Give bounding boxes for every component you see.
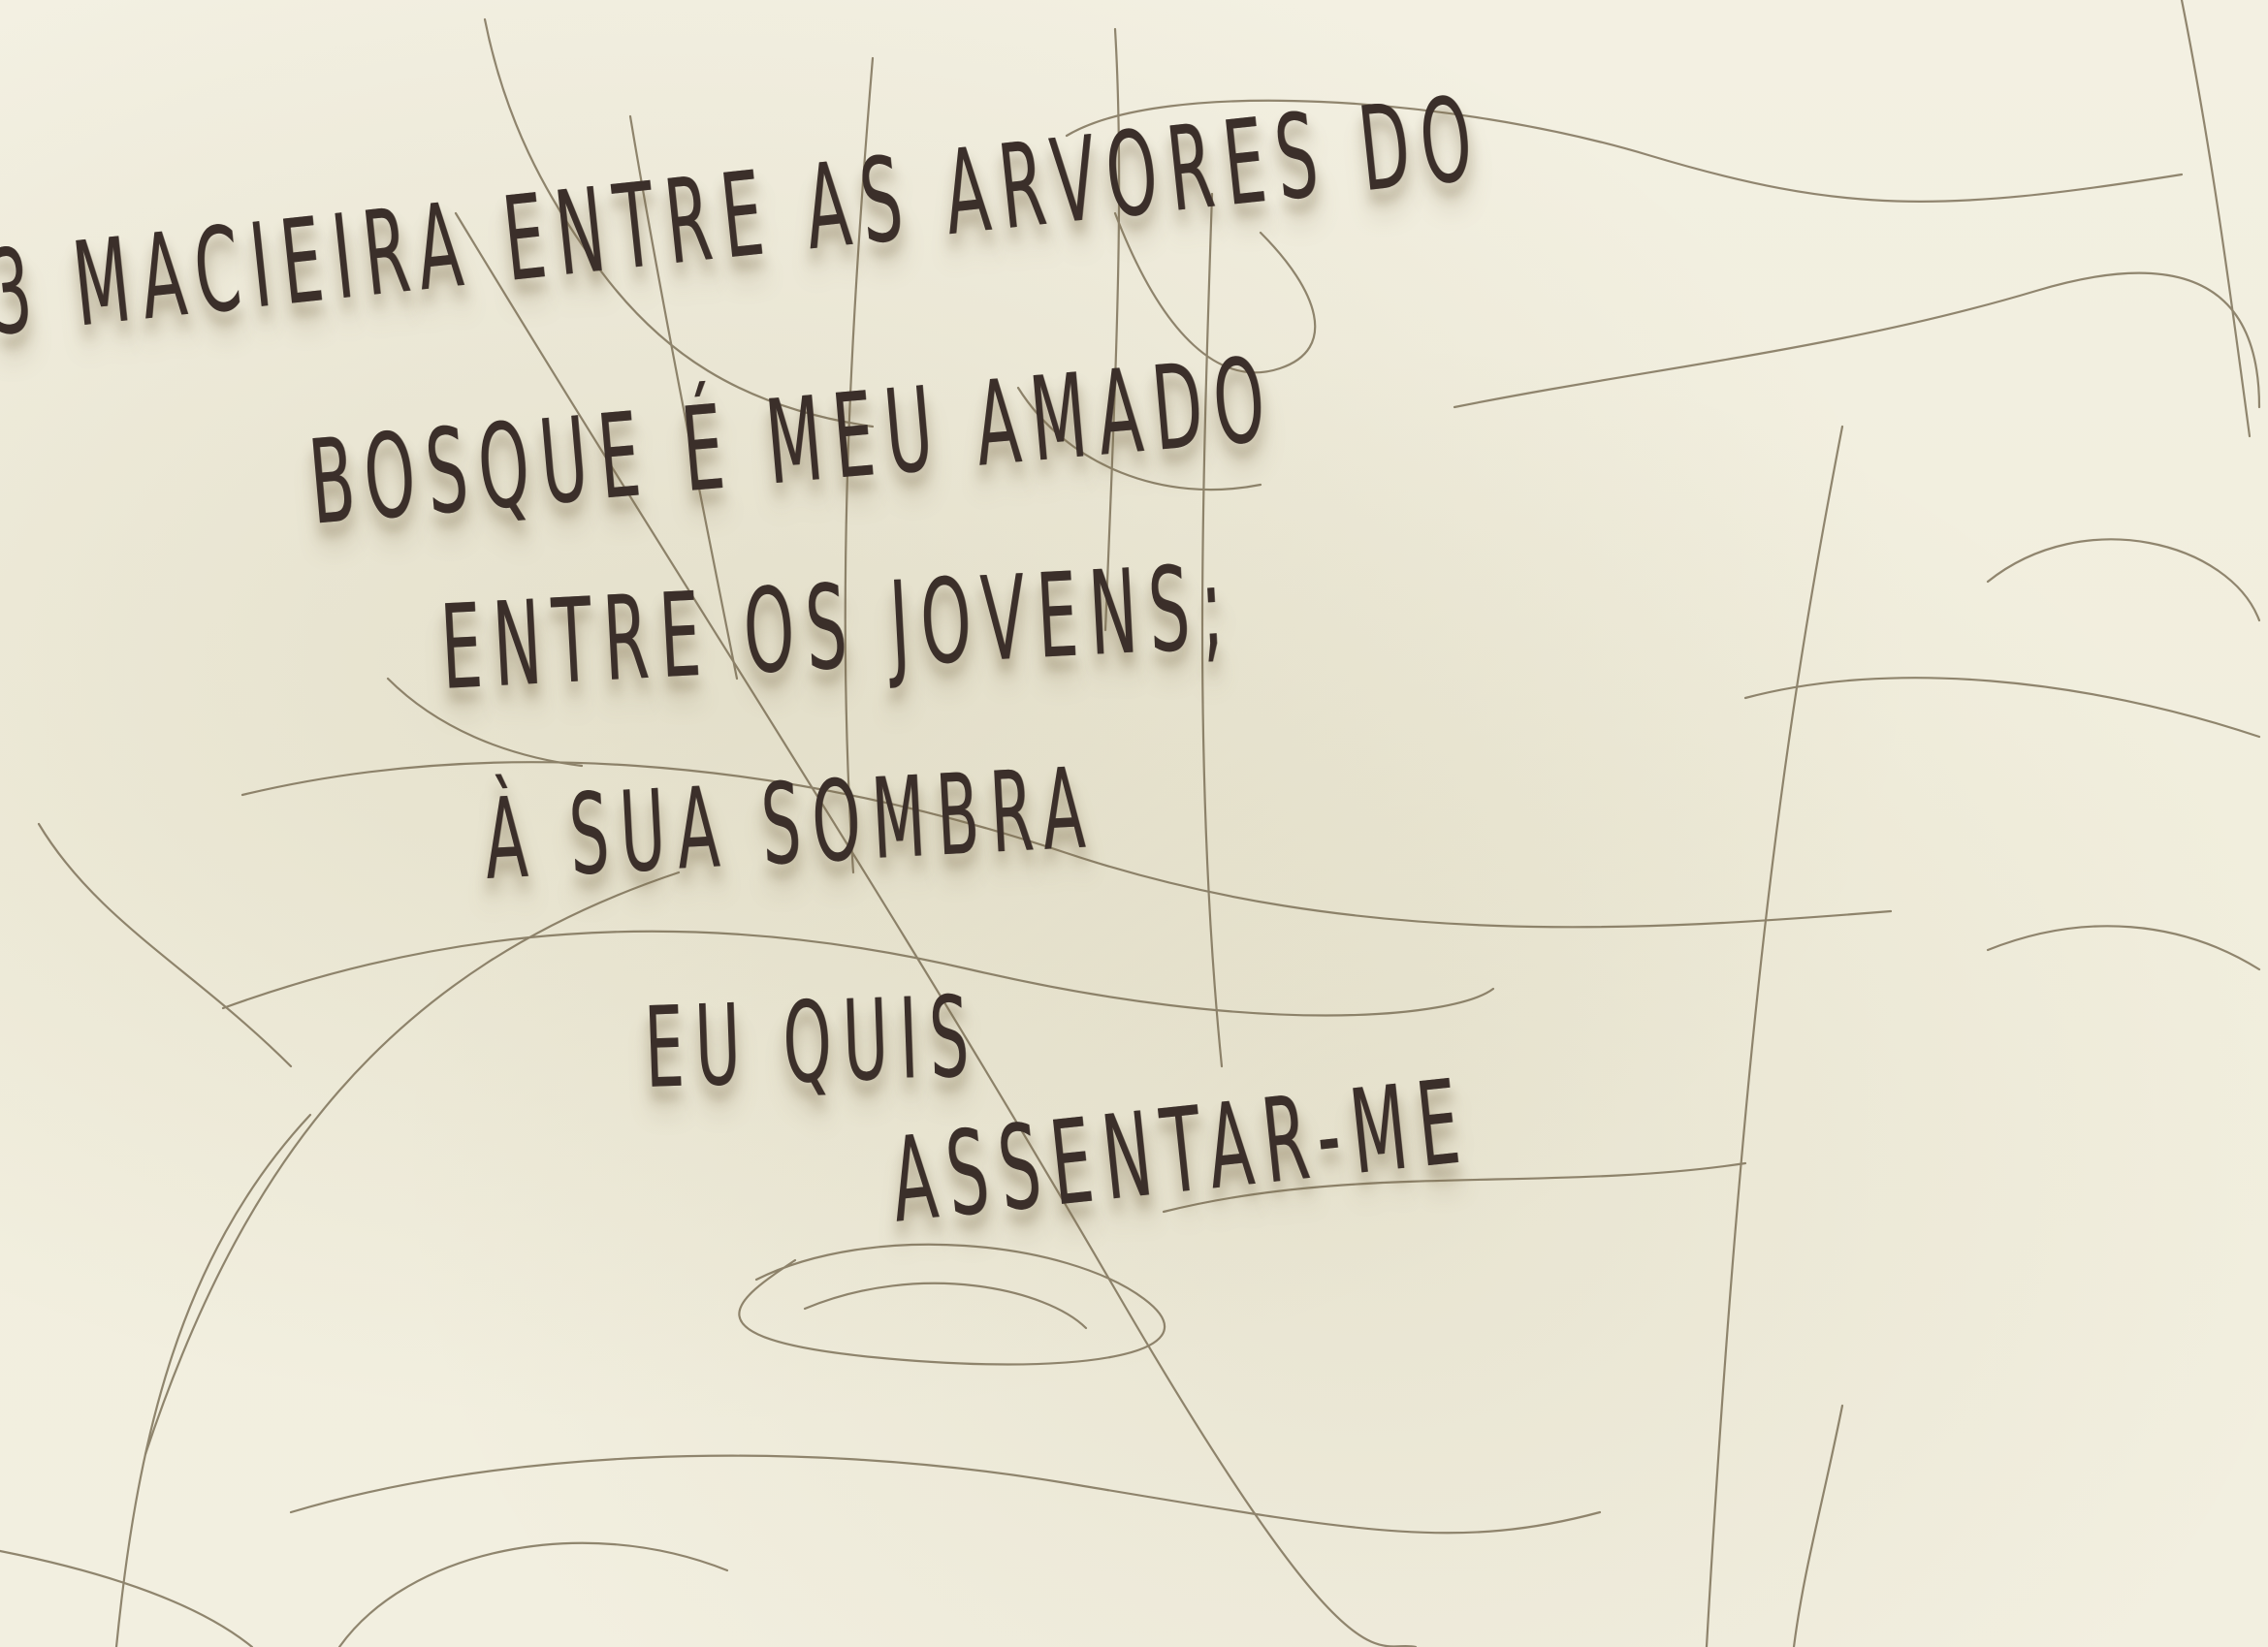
inscription-text: EU QUIS [643,972,982,1114]
etching-sheet: 3 MACIEIRA ENTRE AS ARVORES DO BOSQUE É … [0,0,2268,1647]
